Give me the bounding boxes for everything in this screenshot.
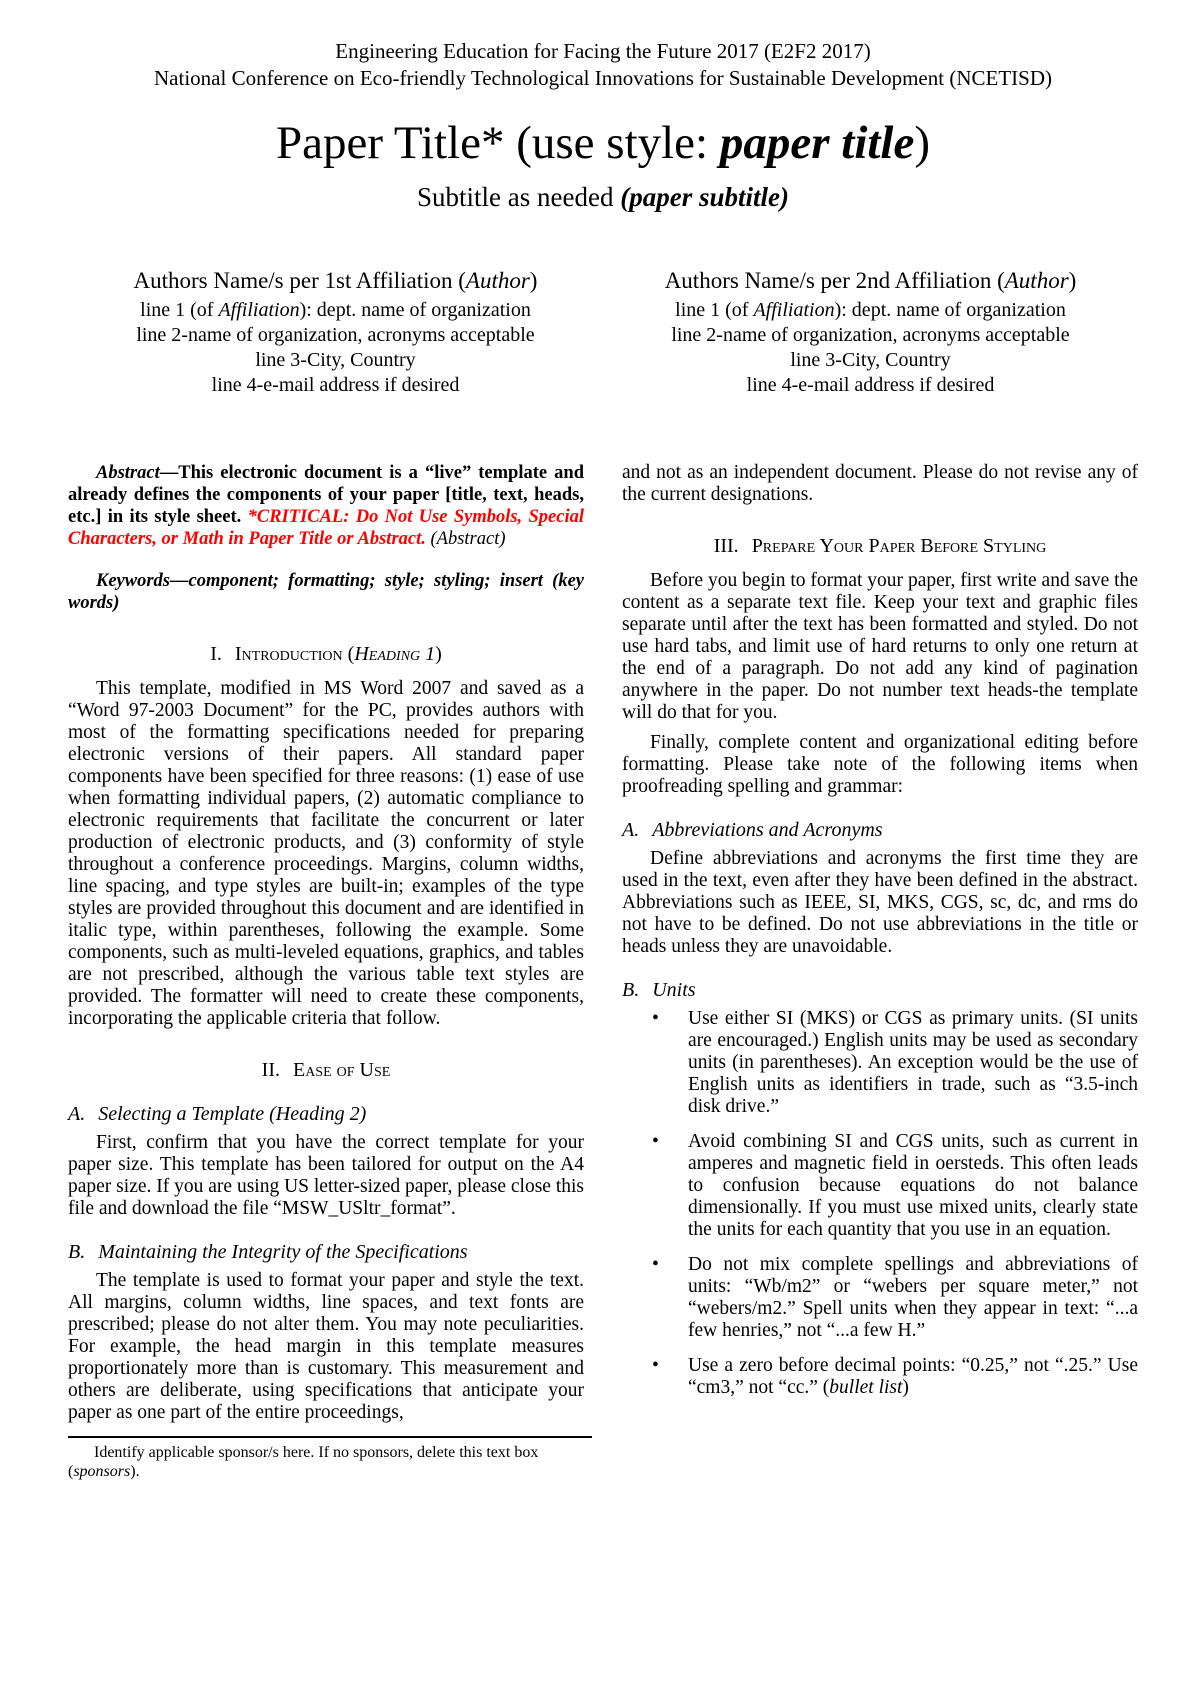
paper-subtitle: Subtitle as needed (paper subtitle) (68, 182, 1138, 213)
subsection-title: Maintaining the Integrity of the Specifi… (98, 1241, 467, 1263)
author-block-2: Authors Name/s per 2nd Affiliation (Auth… (603, 267, 1138, 398)
section-number: III. (714, 535, 739, 557)
conference-name-line1: Engineering Education for Facing the Fut… (68, 38, 1138, 65)
author-name-style-ref: Author (1005, 268, 1069, 293)
author-name-pre: Authors Name/s per 1st Affiliation ( (134, 268, 466, 293)
sponsor-footnote: Identify applicable sponsor/s here. If n… (68, 1436, 592, 1481)
conference-header: Engineering Education for Facing the Fut… (68, 38, 1138, 92)
author-affiliation-line1: line 1 (of Affiliation): dept. name of o… (603, 298, 1138, 323)
paper-page: Engineering Education for Facing the Fut… (0, 0, 1200, 1698)
list-item: •Avoid combining SI and CGS units, such … (622, 1131, 1138, 1241)
section-title-post: ) (435, 643, 442, 665)
abstract-label: Abstract (96, 463, 160, 483)
subsection-title: Abbreviations and Acronyms (652, 819, 882, 841)
author-name: Authors Name/s per 1st Affiliation (Auth… (68, 267, 603, 295)
keywords-paragraph: Keywords—component; formatting; style; s… (68, 570, 584, 614)
bullet-text-post: ) (902, 1377, 909, 1398)
subsection-title: Selecting a Template (Heading 2) (98, 1103, 366, 1125)
author-affiliation-line4: line 4-e-mail address if desired (68, 373, 603, 398)
author-name-style-ref: Author (466, 268, 530, 293)
affiliation-style-ref: Affiliation (218, 299, 299, 321)
bullet-text: Avoid combining SI and CGS units, such a… (688, 1131, 1138, 1240)
subsection-heading-units: B.Units (622, 978, 1138, 1002)
section-title-pre: Introduction ( (235, 643, 354, 665)
subsection-letter: A. (622, 819, 639, 841)
author-name-post: ) (1069, 268, 1077, 293)
footnote-style-ref: sponsors (73, 1463, 130, 1480)
author-affiliation-line3: line 3-City, Country (68, 348, 603, 373)
list-item: •Use either SI (MKS) or CGS as primary u… (622, 1008, 1138, 1118)
conference-name-line2: National Conference on Eco-friendly Tech… (68, 65, 1138, 92)
units-bullet-list: •Use either SI (MKS) or CGS as primary u… (622, 1008, 1138, 1399)
paper-title: Paper Title* (use style: paper title) (68, 116, 1138, 170)
introduction-paragraph: This template, modified in MS Word 2007 … (68, 678, 584, 1030)
maintaining-integrity-paragraph: The template is used to format your pape… (68, 1270, 584, 1424)
abstract-paragraph: Abstract—This electronic document is a “… (68, 462, 584, 550)
bullet-icon: • (652, 1254, 659, 1276)
affiliation-line1-post: ): dept. name of organization (835, 299, 1066, 321)
section-heading-introduction: I.Introduction (Heading 1) (68, 642, 584, 666)
left-column: Abstract—This electronic document is a “… (68, 462, 584, 1432)
author-affiliation-line1: line 1 (of Affiliation): dept. name of o… (68, 298, 603, 323)
continuation-paragraph: and not as an independent document. Plea… (622, 462, 1138, 506)
author-affiliation-line4: line 4-e-mail address if desired (603, 373, 1138, 398)
author-affiliation-line2: line 2-name of organization, acronyms ac… (603, 323, 1138, 348)
right-column: and not as an independent document. Plea… (622, 462, 1138, 1432)
footnote-post: ). (130, 1463, 139, 1480)
paper-title-pre: Paper Title* (use style: (276, 117, 720, 169)
author-affiliation-line2: line 2-name of organization, acronyms ac… (68, 323, 603, 348)
bullet-style-ref: bullet list (829, 1377, 902, 1398)
section-title: Ease of Use (293, 1059, 390, 1081)
section-heading-prepare-paper: III.Prepare Your Paper Before Styling (622, 534, 1138, 558)
subsection-letter: B. (622, 979, 639, 1001)
subsection-heading-abbreviations: A.Abbreviations and Acronyms (622, 818, 1138, 842)
author-name-post: ) (530, 268, 538, 293)
subsection-letter: B. (68, 1241, 85, 1263)
subsection-title: Units (652, 979, 695, 1001)
subsection-heading-selecting-template: A.Selecting a Template (Heading 2) (68, 1102, 584, 1126)
sponsor-footnote-text: Identify applicable sponsor/s here. If n… (68, 1443, 592, 1481)
section-title: Prepare Your Paper Before Styling (752, 535, 1047, 557)
bullet-icon: • (652, 1131, 659, 1153)
section-number: II. (262, 1059, 280, 1081)
author-name: Authors Name/s per 2nd Affiliation (Auth… (603, 267, 1138, 295)
subsection-letter: A. (68, 1103, 85, 1125)
affiliation-line1-post: ): dept. name of organization (300, 299, 531, 321)
paper-title-style-ref: paper title (720, 117, 915, 169)
prepare-paper-paragraph-2: Finally, complete content and organizati… (622, 732, 1138, 798)
paper-subtitle-pre: Subtitle as needed (417, 182, 620, 212)
two-column-body: Abstract—This electronic document is a “… (68, 462, 1138, 1432)
list-item: •Use a zero before decimal points: “0.25… (622, 1355, 1138, 1399)
selecting-template-paragraph: First, confirm that you have the correct… (68, 1132, 584, 1220)
list-item: •Do not mix complete spellings and abbre… (622, 1254, 1138, 1342)
abbreviations-paragraph: Define abbreviations and acronyms the fi… (622, 848, 1138, 958)
subsection-heading-maintaining-integrity: B.Maintaining the Integrity of the Speci… (68, 1240, 584, 1264)
bullet-icon: • (652, 1008, 659, 1030)
authors-row: Authors Name/s per 1st Affiliation (Auth… (68, 267, 1138, 398)
paper-title-post: ) (914, 117, 930, 169)
abstract-style-tag: (Abstract) (426, 529, 506, 549)
section-heading-ease-of-use: II.Ease of Use (68, 1058, 584, 1082)
prepare-paper-paragraph-1: Before you begin to format your paper, f… (622, 570, 1138, 724)
paper-subtitle-style-ref: (paper subtitle) (620, 182, 789, 212)
author-name-pre: Authors Name/s per 2nd Affiliation ( (665, 268, 1005, 293)
bullet-text-pre: Use a zero before decimal points: “0.25,… (688, 1355, 1138, 1398)
affiliation-line1-pre: line 1 (of (675, 299, 753, 321)
section-number: I. (210, 643, 222, 665)
author-affiliation-line3: line 3-City, Country (603, 348, 1138, 373)
section-style-ref: Heading 1 (354, 643, 435, 665)
affiliation-style-ref: Affiliation (753, 299, 834, 321)
bullet-icon: • (652, 1355, 659, 1377)
affiliation-line1-pre: line 1 (of (140, 299, 218, 321)
author-block-1: Authors Name/s per 1st Affiliation (Auth… (68, 267, 603, 398)
bullet-text: Do not mix complete spellings and abbrev… (688, 1254, 1138, 1341)
bullet-text: Use either SI (MKS) or CGS as primary un… (688, 1008, 1138, 1117)
